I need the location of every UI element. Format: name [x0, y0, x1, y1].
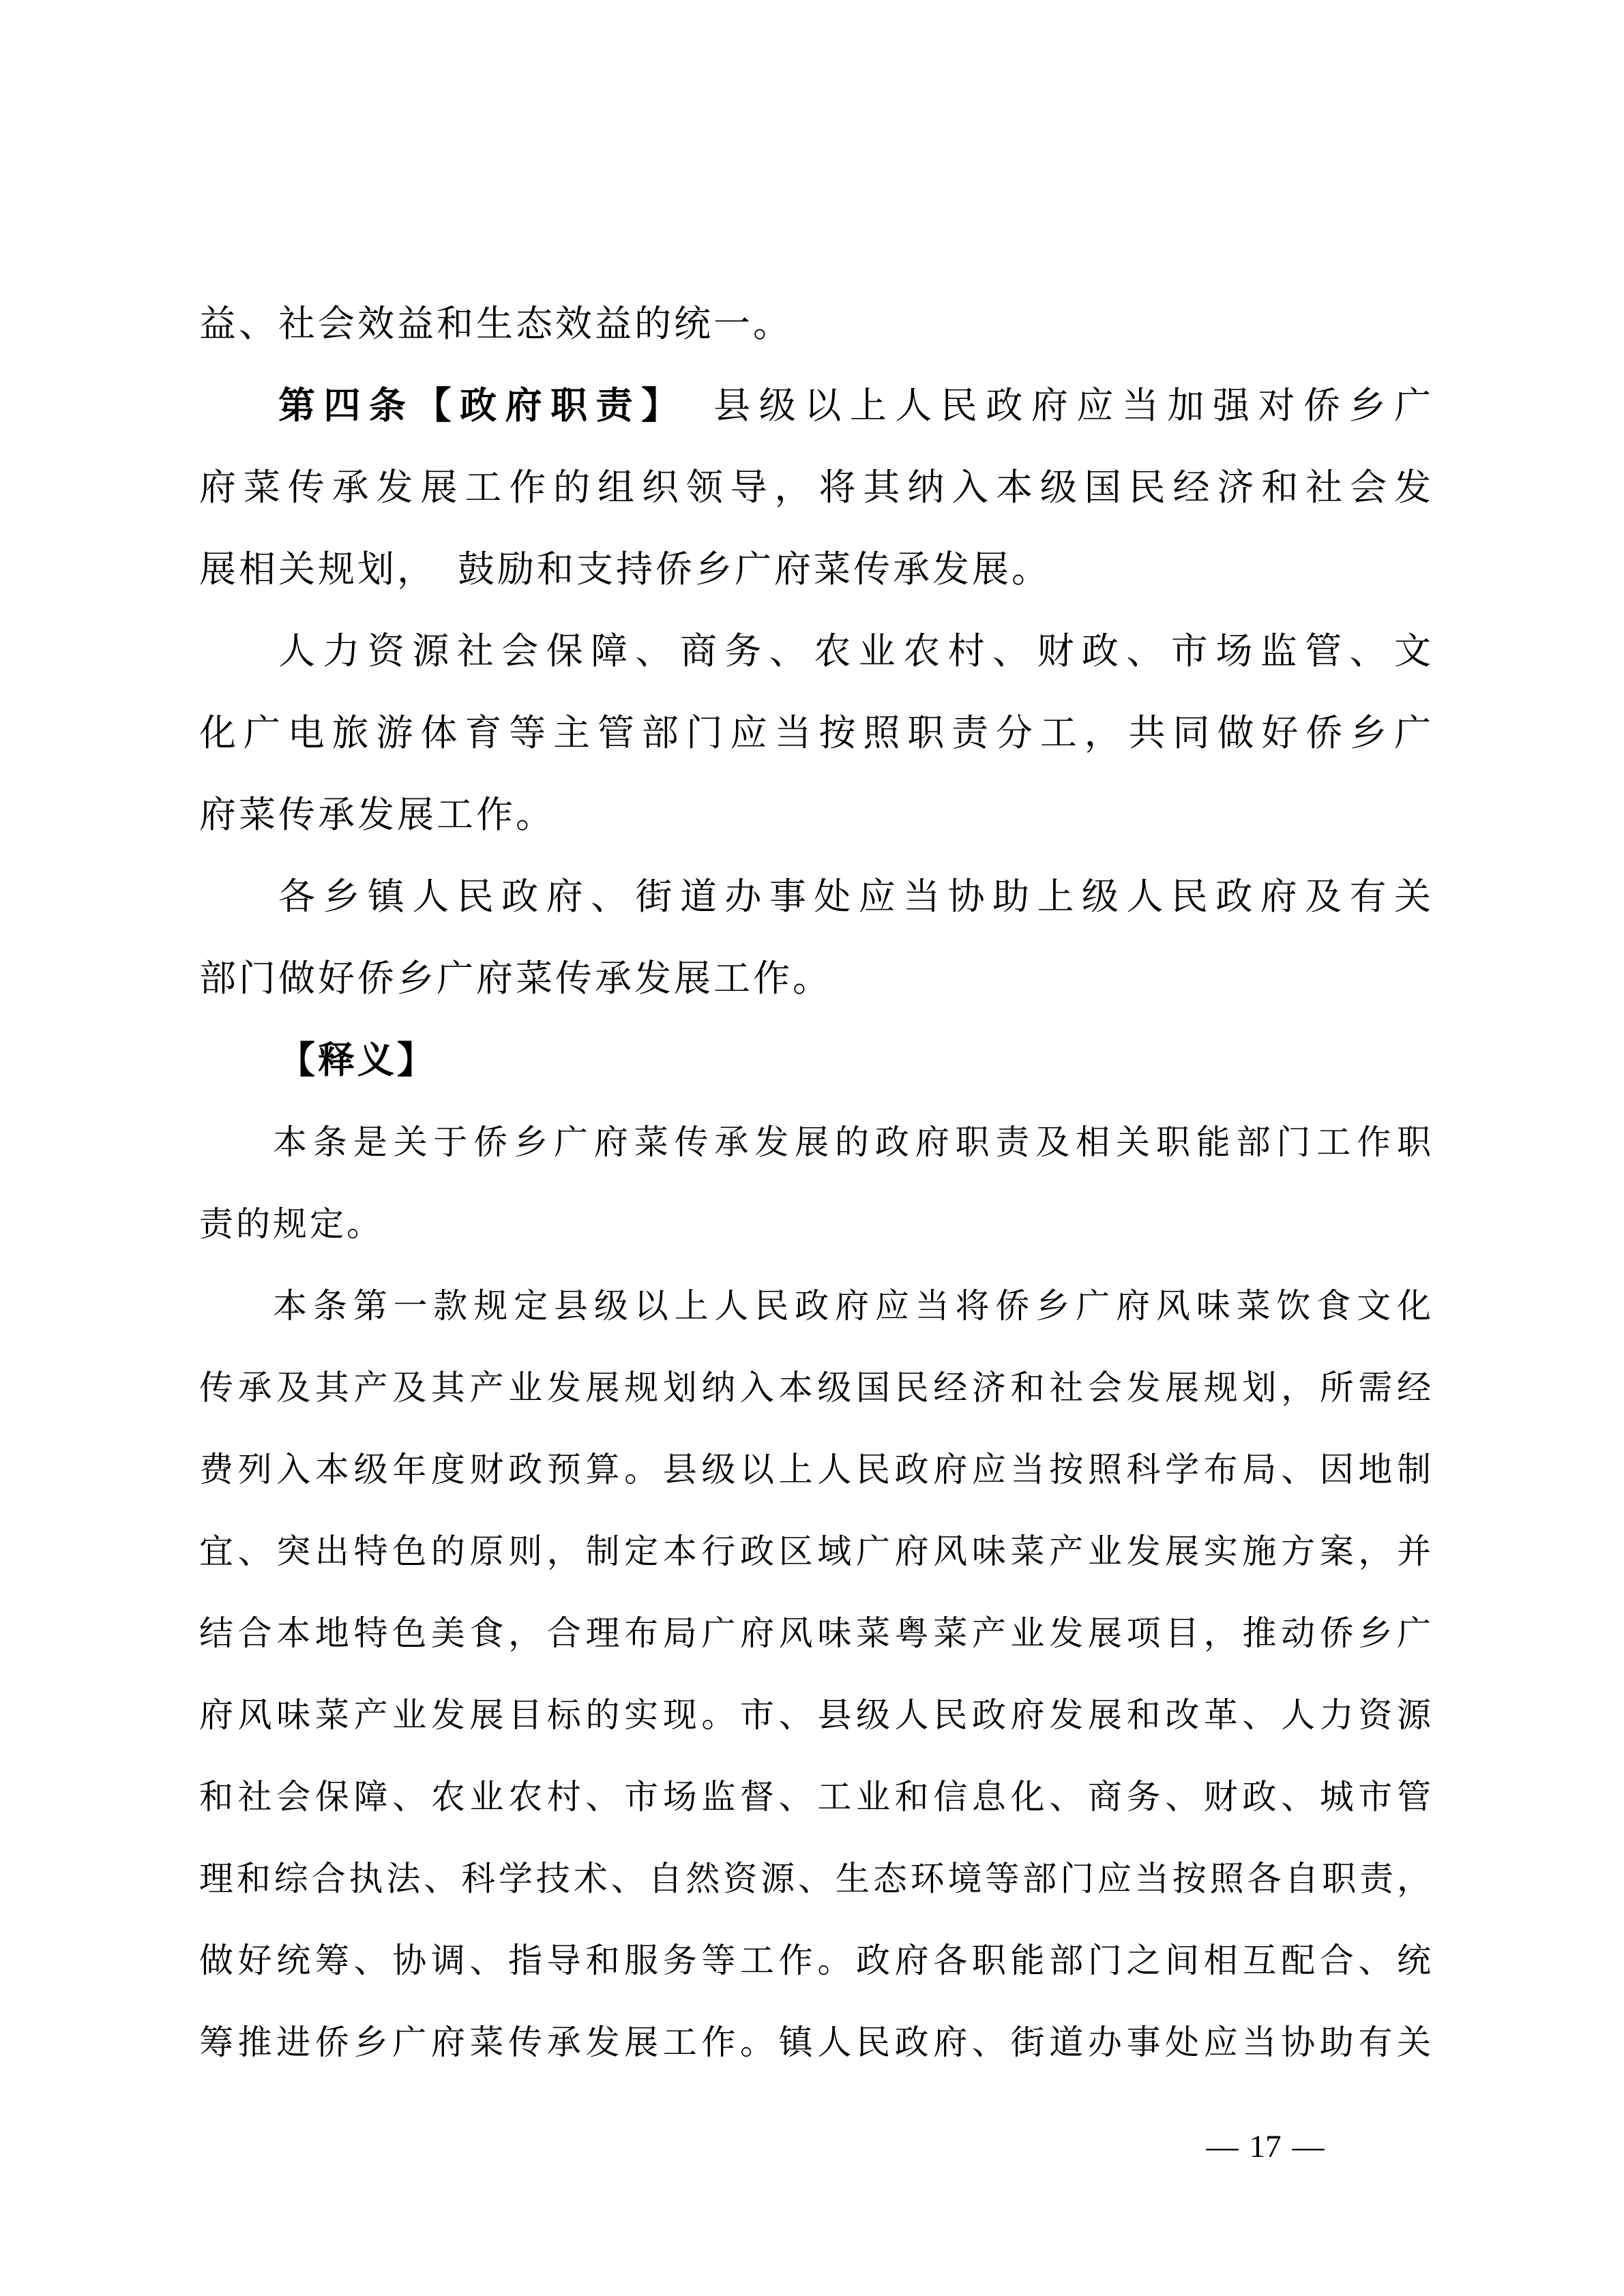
- line-text: 府菜传承发展工作的组织领导，将其纳入本级国民经济和社会发: [199, 467, 1434, 508]
- text-line: 人力资源社会保障、商务、农业农村、财政、市场监管、文: [199, 610, 1434, 692]
- line-text: 县级以上人民政府应当加强对侨乡广: [668, 385, 1434, 426]
- line-text: 传承及其产及其产业发展规划纳入本级国民经济和社会发展规划，所需经: [199, 1369, 1434, 1407]
- page-number: 17: [1250, 2129, 1282, 2164]
- document-page: 益、社会效益和生态效益的统一。 第四条【政府职责】 县级以上人民政府应当加强对侨…: [0, 0, 1624, 2296]
- text-line: 府风味菜产业发展目标的实现。市、县级人民政府发展和改革、人力资源: [199, 1674, 1434, 1756]
- line-text: 部门做好侨乡广府菜传承发展工作。: [199, 958, 832, 999]
- line-text: 人力资源社会保障、商务、农业农村、财政、市场监管、文: [278, 631, 1434, 672]
- line-text: 各乡镇人民政府、街道办事处应当协助上级人民政府及有关: [278, 876, 1434, 917]
- line-text: 府菜传承发展工作。: [199, 794, 555, 835]
- text-line: 各乡镇人民政府、街道办事处应当协助上级人民政府及有关: [199, 856, 1434, 938]
- line-text: 费列入本级年度财政预算。县级以上人民政府应当按照科学布局、因地制: [199, 1450, 1434, 1489]
- text-line: 府菜传承发展工作。: [199, 774, 1434, 856]
- line-text: 宜、突出特色的原则，制定本行政区域广府风味菜产业发展实施方案，并: [199, 1532, 1434, 1570]
- document-body: 益、社会效益和生态效益的统一。 第四条【政府职责】 县级以上人民政府应当加强对侨…: [199, 283, 1434, 2083]
- line-bold-text: 第四条【政府职责】: [278, 385, 668, 426]
- text-line: 传承及其产及其产业发展规划纳入本级国民经济和社会发展规划，所需经: [199, 1347, 1434, 1429]
- text-line: 责的规定。: [199, 1183, 1434, 1265]
- footer-dash-right: —: [1293, 2129, 1325, 2164]
- line-text: 理和综合执法、科学技术、自然资源、生态环境等部门应当按照各自职责，: [199, 1860, 1434, 1898]
- text-line: 部门做好侨乡广府菜传承发展工作。: [199, 938, 1434, 1019]
- line-text: 化广电旅游体育等主管部门应当按照职责分工，共同做好侨乡广: [199, 713, 1434, 754]
- text-line: 府菜传承发展工作的组织领导，将其纳入本级国民经济和社会发: [199, 447, 1434, 528]
- line-bold-text: 【释义】: [278, 1040, 437, 1081]
- line-text: 本条第一款规定县级以上人民政府应当将侨乡广府风味菜饮食文化: [273, 1287, 1434, 1325]
- text-line: 本条是关于侨乡广府菜传承发展的政府职责及相关职能部门工作职: [199, 1101, 1434, 1183]
- text-line: 展相关规划， 鼓励和支持侨乡广府菜传承发展。: [199, 528, 1434, 610]
- line-text: 展相关规划， 鼓励和支持侨乡广府菜传承发展。: [199, 549, 1051, 590]
- line-text: 结合本地特色美食，合理布局广府风味菜粤菜产业发展项目，推动侨乡广: [199, 1614, 1434, 1652]
- text-line: 结合本地特色美食，合理布局广府风味菜粤菜产业发展项目，推动侨乡广: [199, 1592, 1434, 1674]
- text-line: 【释义】: [199, 1019, 1434, 1101]
- text-line: 第四条【政府职责】 县级以上人民政府应当加强对侨乡广: [199, 365, 1434, 447]
- line-text: 益、社会效益和生态效益的统一。: [199, 303, 793, 344]
- text-line: 和社会保障、农业农村、市场监督、工业和信息化、商务、财政、城市管: [199, 1756, 1434, 1838]
- text-line: 理和综合执法、科学技术、自然资源、生态环境等部门应当按照各自职责，: [199, 1838, 1434, 1920]
- page-footer: —17—: [1180, 2126, 1350, 2167]
- text-line: 宜、突出特色的原则，制定本行政区域广府风味菜产业发展实施方案，并: [199, 1510, 1434, 1592]
- text-line: 本条第一款规定县级以上人民政府应当将侨乡广府风味菜饮食文化: [199, 1265, 1434, 1347]
- text-line: 做好统筹、协调、指导和服务等工作。政府各职能部门之间相互配合、统: [199, 1920, 1434, 2001]
- text-line: 费列入本级年度财政预算。县级以上人民政府应当按照科学布局、因地制: [199, 1429, 1434, 1510]
- text-line: 筹推进侨乡广府菜传承发展工作。镇人民政府、街道办事处应当协助有关: [199, 2001, 1434, 2083]
- line-text: 本条是关于侨乡广府菜传承发展的政府职责及相关职能部门工作职: [273, 1123, 1434, 1161]
- line-text: 做好统筹、协调、指导和服务等工作。政府各职能部门之间相互配合、统: [199, 1941, 1434, 1980]
- line-text: 责的规定。: [199, 1205, 383, 1243]
- text-line: 化广电旅游体育等主管部门应当按照职责分工，共同做好侨乡广: [199, 692, 1434, 774]
- line-text: 和社会保障、农业农村、市场监督、工业和信息化、商务、财政、城市管: [199, 1778, 1434, 1816]
- footer-dash-left: —: [1207, 2129, 1239, 2164]
- line-text: 府风味菜产业发展目标的实现。市、县级人民政府发展和改革、人力资源: [199, 1696, 1434, 1734]
- text-line: 益、社会效益和生态效益的统一。: [199, 283, 1434, 365]
- line-text: 筹推进侨乡广府菜传承发展工作。镇人民政府、街道办事处应当协助有关: [199, 2023, 1434, 2061]
